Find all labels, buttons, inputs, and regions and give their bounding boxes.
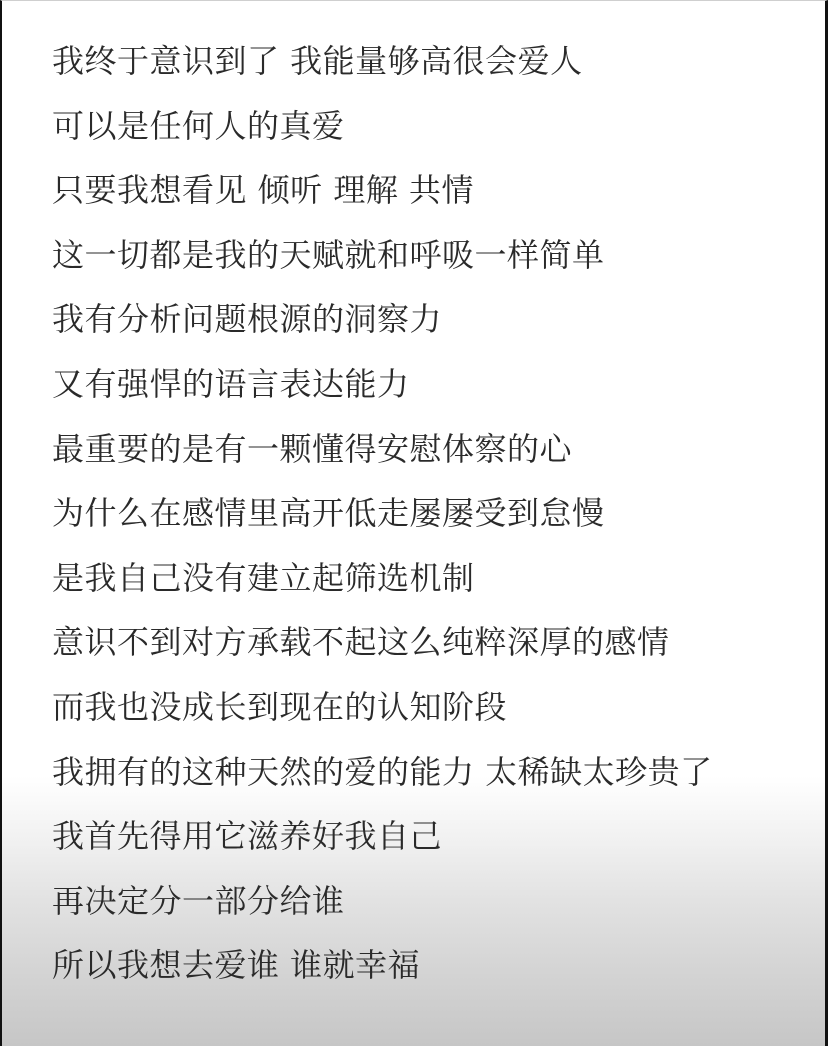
text-line: 我首先得用它滋养好我自己	[52, 804, 713, 869]
text-line: 而我也没成长到现在的认知阶段	[52, 675, 713, 740]
text-card: 我终于意识到了 我能量够高很会爱人 可以是任何人的真爱 只要我想看见 倾听 理解…	[0, 0, 828, 1046]
text-line: 我有分析问题根源的洞察力	[52, 287, 713, 352]
text-line: 所以我想去爱谁 谁就幸福	[52, 933, 713, 998]
text-line: 这一切都是我的天赋就和呼吸一样简单	[52, 223, 713, 288]
text-line: 为什么在感情里高开低走屡屡受到怠慢	[52, 481, 713, 546]
text-line: 又有强悍的语言表达能力	[52, 352, 713, 417]
text-line: 再决定分一部分给谁	[52, 869, 713, 934]
text-line: 是我自己没有建立起筛选机制	[52, 546, 713, 611]
text-line: 最重要的是有一颗懂得安慰体察的心	[52, 417, 713, 482]
text-line: 我拥有的这种天然的爱的能力 太稀缺太珍贵了	[52, 740, 713, 805]
text-line: 意识不到对方承载不起这么纯粹深厚的感情	[52, 610, 713, 675]
text-line: 只要我想看见 倾听 理解 共情	[52, 158, 713, 223]
text-line: 可以是任何人的真爱	[52, 94, 713, 159]
text-line: 我终于意识到了 我能量够高很会爱人	[52, 29, 713, 94]
text-lines: 我终于意识到了 我能量够高很会爱人 可以是任何人的真爱 只要我想看见 倾听 理解…	[52, 29, 713, 998]
